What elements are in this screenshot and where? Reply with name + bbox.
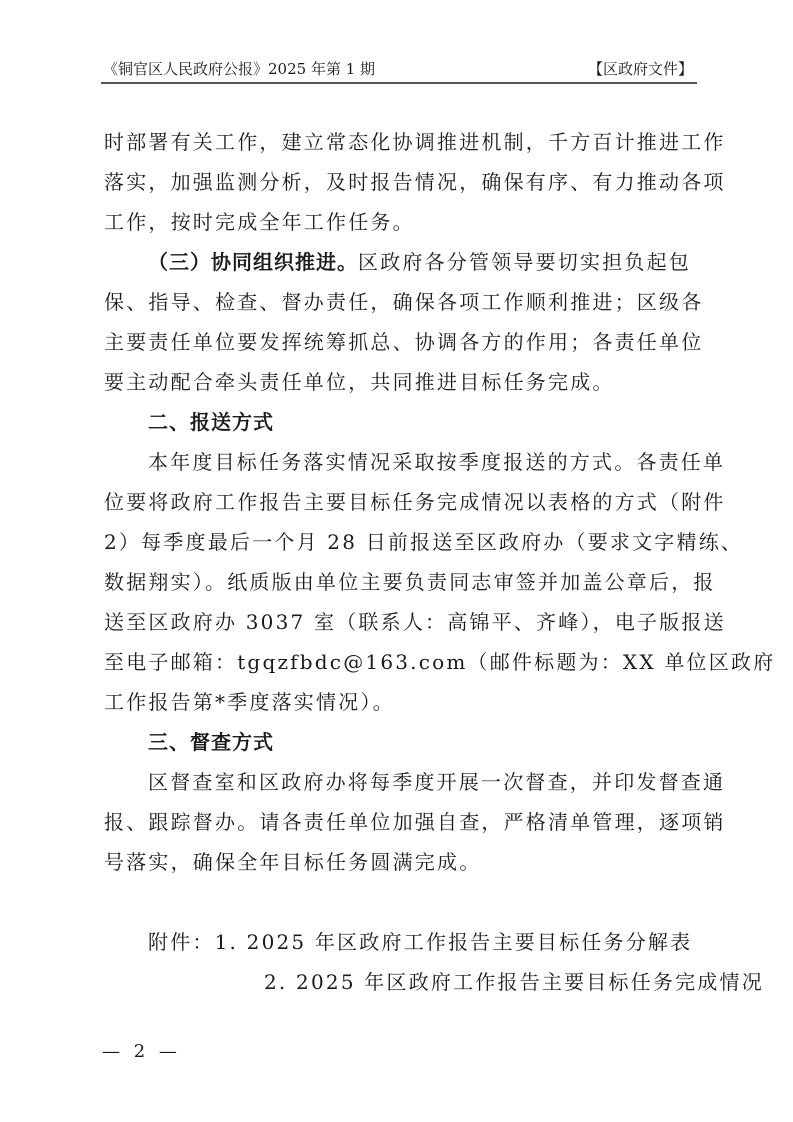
section-inspection-method: 三、督查方式 区督查室和区政府办将每季度开展一次督查，并印发督查通 报、跟踪督办… [104, 722, 694, 882]
text-line: 时部署有关工作，建立常态化协调推进机制，千方百计推进工作 [104, 122, 694, 162]
text-line: 保、指导、检查、督办责任，确保各项工作顺利推进；区级各 [104, 282, 694, 322]
text-line: （三）协同组织推进。区政府各分管领导要切实担负起包 [104, 242, 694, 282]
text-line: 号落实，确保全年目标任务圆满完成。 [104, 842, 694, 882]
spacer [104, 882, 694, 922]
text-line: 数据翔实）。纸质版由单位主要负责同志审签并加盖公章后，报 [104, 562, 694, 602]
publication-title: 《铜官区人民政府公报》2025 年第 1 期 [103, 58, 375, 80]
header-rule [101, 82, 697, 84]
section-reporting-method: 二、报送方式 本年度目标任务落实情况采取按季度报送的方式。各责任单 位要将政府工… [104, 402, 694, 722]
attachments-label: 附件： [148, 930, 215, 954]
text-line: 要主动配合牵头责任单位，共同推进目标任务完成。 [104, 362, 694, 402]
text-line: 位要将政府工作报告主要目标任务完成情况以表格的方式（附件 [104, 482, 694, 522]
text-line: 落实，加强监测分析，及时报告情况，确保有序、有力推动各项 [104, 162, 694, 202]
section-heading: 二、报送方式 [104, 402, 694, 442]
text-line: 本年度目标任务落实情况采取按季度报送的方式。各责任单 [104, 442, 694, 482]
text-line: 区督查室和区政府办将每季度开展一次督查，并印发督查通 [104, 762, 694, 802]
attachment-title: 1. 2025 年区政府工作报告主要目标任务分解表 [215, 930, 693, 954]
attachments-list: 附件：1. 2025 年区政府工作报告主要目标任务分解表 2. 2025 年区政… [104, 922, 694, 1002]
document-body: 时部署有关工作，建立常态化协调推进机制，千方百计推进工作 落实，加强监测分析，及… [104, 122, 694, 1002]
section-heading: 三、督查方式 [104, 722, 694, 762]
text-run: 区政府各分管领导要切实担负起包 [358, 250, 691, 274]
attachment-item: 附件：1. 2025 年区政府工作报告主要目标任务分解表 [104, 922, 694, 962]
text-line: 报、跟踪督办。请各责任单位加强自查，严格清单管理，逐项销 [104, 802, 694, 842]
text-line: 工作，按时完成全年工作任务。 [104, 202, 694, 242]
paragraph-continuation: 时部署有关工作，建立常态化协调推进机制，千方百计推进工作 落实，加强监测分析，及… [104, 122, 694, 242]
section-tag: 【区政府文件】 [588, 58, 693, 80]
text-line: 送至区政府办 3037 室（联系人：高锦平、齐峰），电子版报送 [104, 602, 694, 642]
text-line: 2）每季度最后一个月 28 日前报送至区政府办（要求文字精练、 [104, 522, 694, 562]
page-header: 《铜官区人民政府公报》2025 年第 1 期 【区政府文件】 [103, 58, 693, 82]
page-number: — 2 — [102, 1040, 181, 1064]
text-line: 主要责任单位要发挥统筹抓总、协调各方的作用；各责任单位 [104, 322, 694, 362]
attachment-item: 2. 2025 年区政府工作报告主要目标任务完成情况 [104, 962, 694, 1002]
text-line: 至电子邮箱：tgqzfbdc@163.com（邮件标题为：XX 单位区政府 [104, 642, 694, 682]
paragraph-coordination: （三）协同组织推进。区政府各分管领导要切实担负起包 保、指导、检查、督办责任，确… [104, 242, 694, 402]
attachment-title: 2. 2025 年区政府工作报告主要目标任务完成情况 [264, 970, 764, 994]
text-line: 工作报告第*季度落实情况）。 [104, 682, 694, 722]
subheading-coordination: （三）协同组织推进。 [148, 250, 358, 274]
